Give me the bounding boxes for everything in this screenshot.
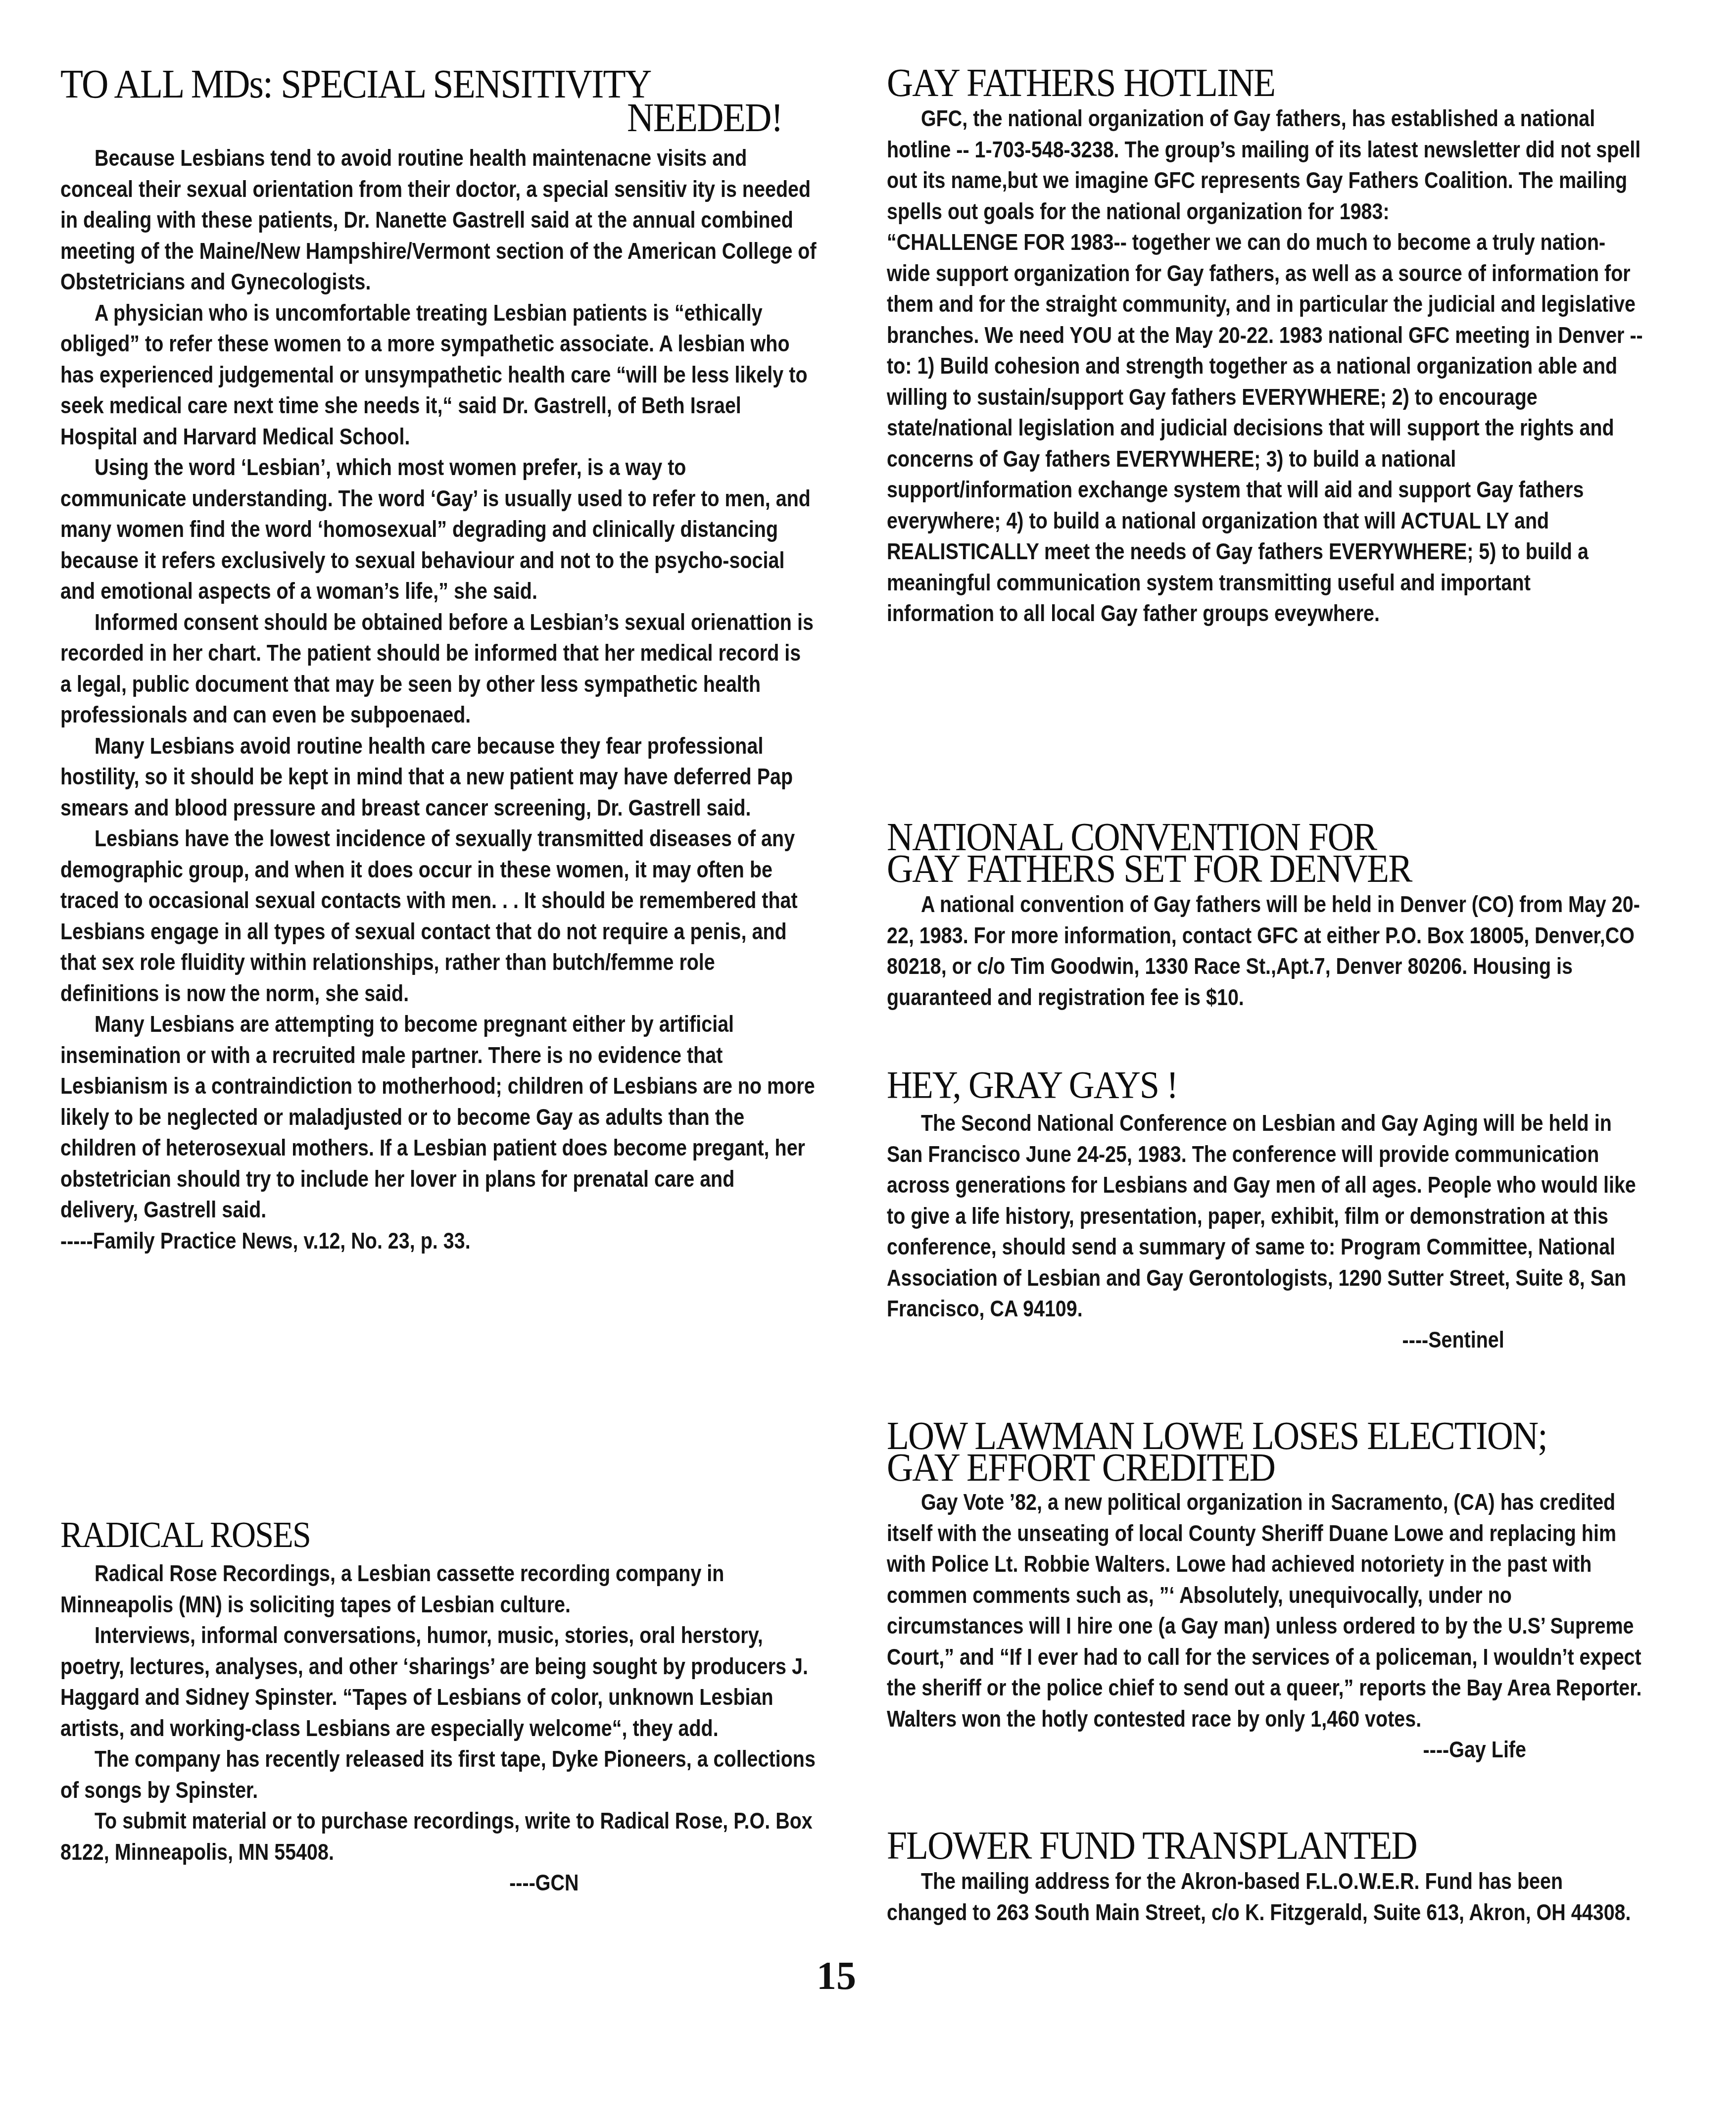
- source-credit: ----Gay Life: [887, 1734, 1643, 1765]
- article-to-all-mds: TO ALL MDs: SPECIAL SENSITIVITY NEEDED! …: [60, 63, 702, 105]
- headline-line-2: GAY FATHERS SET FOR DENVER: [887, 853, 1715, 885]
- paragraph: A physician who is uncomfortable treatin…: [60, 297, 817, 452]
- headline: FLOWER FUND TRANSPLANTED: [887, 1826, 1715, 1866]
- paragraph: “CHALLENGE FOR 1983-- together we can do…: [887, 227, 1643, 629]
- paragraph: A national convention of Gay fathers wil…: [887, 889, 1643, 1013]
- article-body: The mailing address for the Akron-based …: [887, 1866, 1643, 1928]
- article-body: Gay Vote ’82, a new political organizati…: [887, 1487, 1643, 1765]
- paragraph: The mailing address for the Akron-based …: [887, 1866, 1643, 1928]
- paragraph: To submit material or to purchase record…: [60, 1805, 817, 1867]
- paragraph: The company has recently released its fi…: [60, 1743, 817, 1805]
- headline: GAY FATHERS HOTLINE: [887, 63, 1715, 103]
- source-credit: -----Family Practice News, v.12, No. 23,…: [60, 1225, 817, 1257]
- headline-line-2: NEEDED!: [627, 97, 782, 139]
- headline: RADICAL ROSES: [60, 1515, 889, 1555]
- article-body: Radical Rose Recordings, a Lesbian casse…: [60, 1558, 817, 1898]
- source-credit: ----Sentinel: [887, 1324, 1643, 1355]
- paragraph: Because Lesbians tend to avoid routine h…: [60, 143, 817, 297]
- source-credit: ----GCN: [60, 1867, 817, 1898]
- headline: TO ALL MDs: SPECIAL SENSITIVITY: [60, 63, 651, 105]
- paragraph: Lesbians have the lowest incidence of se…: [60, 823, 817, 1009]
- article-flower-fund: FLOWER FUND TRANSPLANTED The mailing add…: [887, 1826, 1736, 1928]
- article-radical-roses: RADICAL ROSES Radical Rose Recordings, a…: [60, 1515, 961, 1898]
- paragraph: Many Lesbians avoid routine health care …: [60, 730, 817, 823]
- paragraph: Informed consent should be obtained befo…: [60, 607, 817, 730]
- article-low-lawman-lowe: LOW LAWMAN LOWE LOSES ELECTION; GAY EFFO…: [887, 1420, 1736, 1765]
- paragraph: Radical Rose Recordings, a Lesbian casse…: [60, 1558, 817, 1620]
- paragraph: The Second National Conference on Lesbia…: [887, 1108, 1643, 1324]
- paragraph: GFC, the national organization of Gay fa…: [887, 103, 1643, 227]
- article-hey-gray-gays: HEY, GRAY GAYS ! The Second National Con…: [887, 1064, 1736, 1355]
- article-body: A national convention of Gay fathers wil…: [887, 889, 1643, 1013]
- article-body: GFC, the national organization of Gay fa…: [887, 103, 1643, 629]
- headline: HEY, GRAY GAYS !: [887, 1064, 1715, 1106]
- article-national-convention: NATIONAL CONVENTION FOR GAY FATHERS SET …: [887, 822, 1736, 1013]
- paragraph: Interviews, informal conversations, humo…: [60, 1620, 817, 1743]
- headline: NATIONAL CONVENTION FOR GAY FATHERS SET …: [887, 822, 1715, 885]
- paragraph: Using the word ‘Lesbian’, which most wom…: [60, 452, 817, 607]
- article-body: The Second National Conference on Lesbia…: [887, 1108, 1643, 1355]
- paragraph: Gay Vote ’82, a new political organizati…: [887, 1487, 1643, 1734]
- page-number: 15: [817, 1954, 856, 1999]
- article-body: Because Lesbians tend to avoid routine h…: [60, 143, 817, 1256]
- headline-line-1: TO ALL MDs: SPECIAL SENSITIVITY: [60, 61, 651, 106]
- headline: LOW LAWMAN LOWE LOSES ELECTION; GAY EFFO…: [887, 1420, 1715, 1484]
- paragraph: Many Lesbians are attempting to become p…: [60, 1009, 817, 1225]
- article-gay-fathers-hotline: GAY FATHERS HOTLINE GFC, the national or…: [887, 63, 1736, 629]
